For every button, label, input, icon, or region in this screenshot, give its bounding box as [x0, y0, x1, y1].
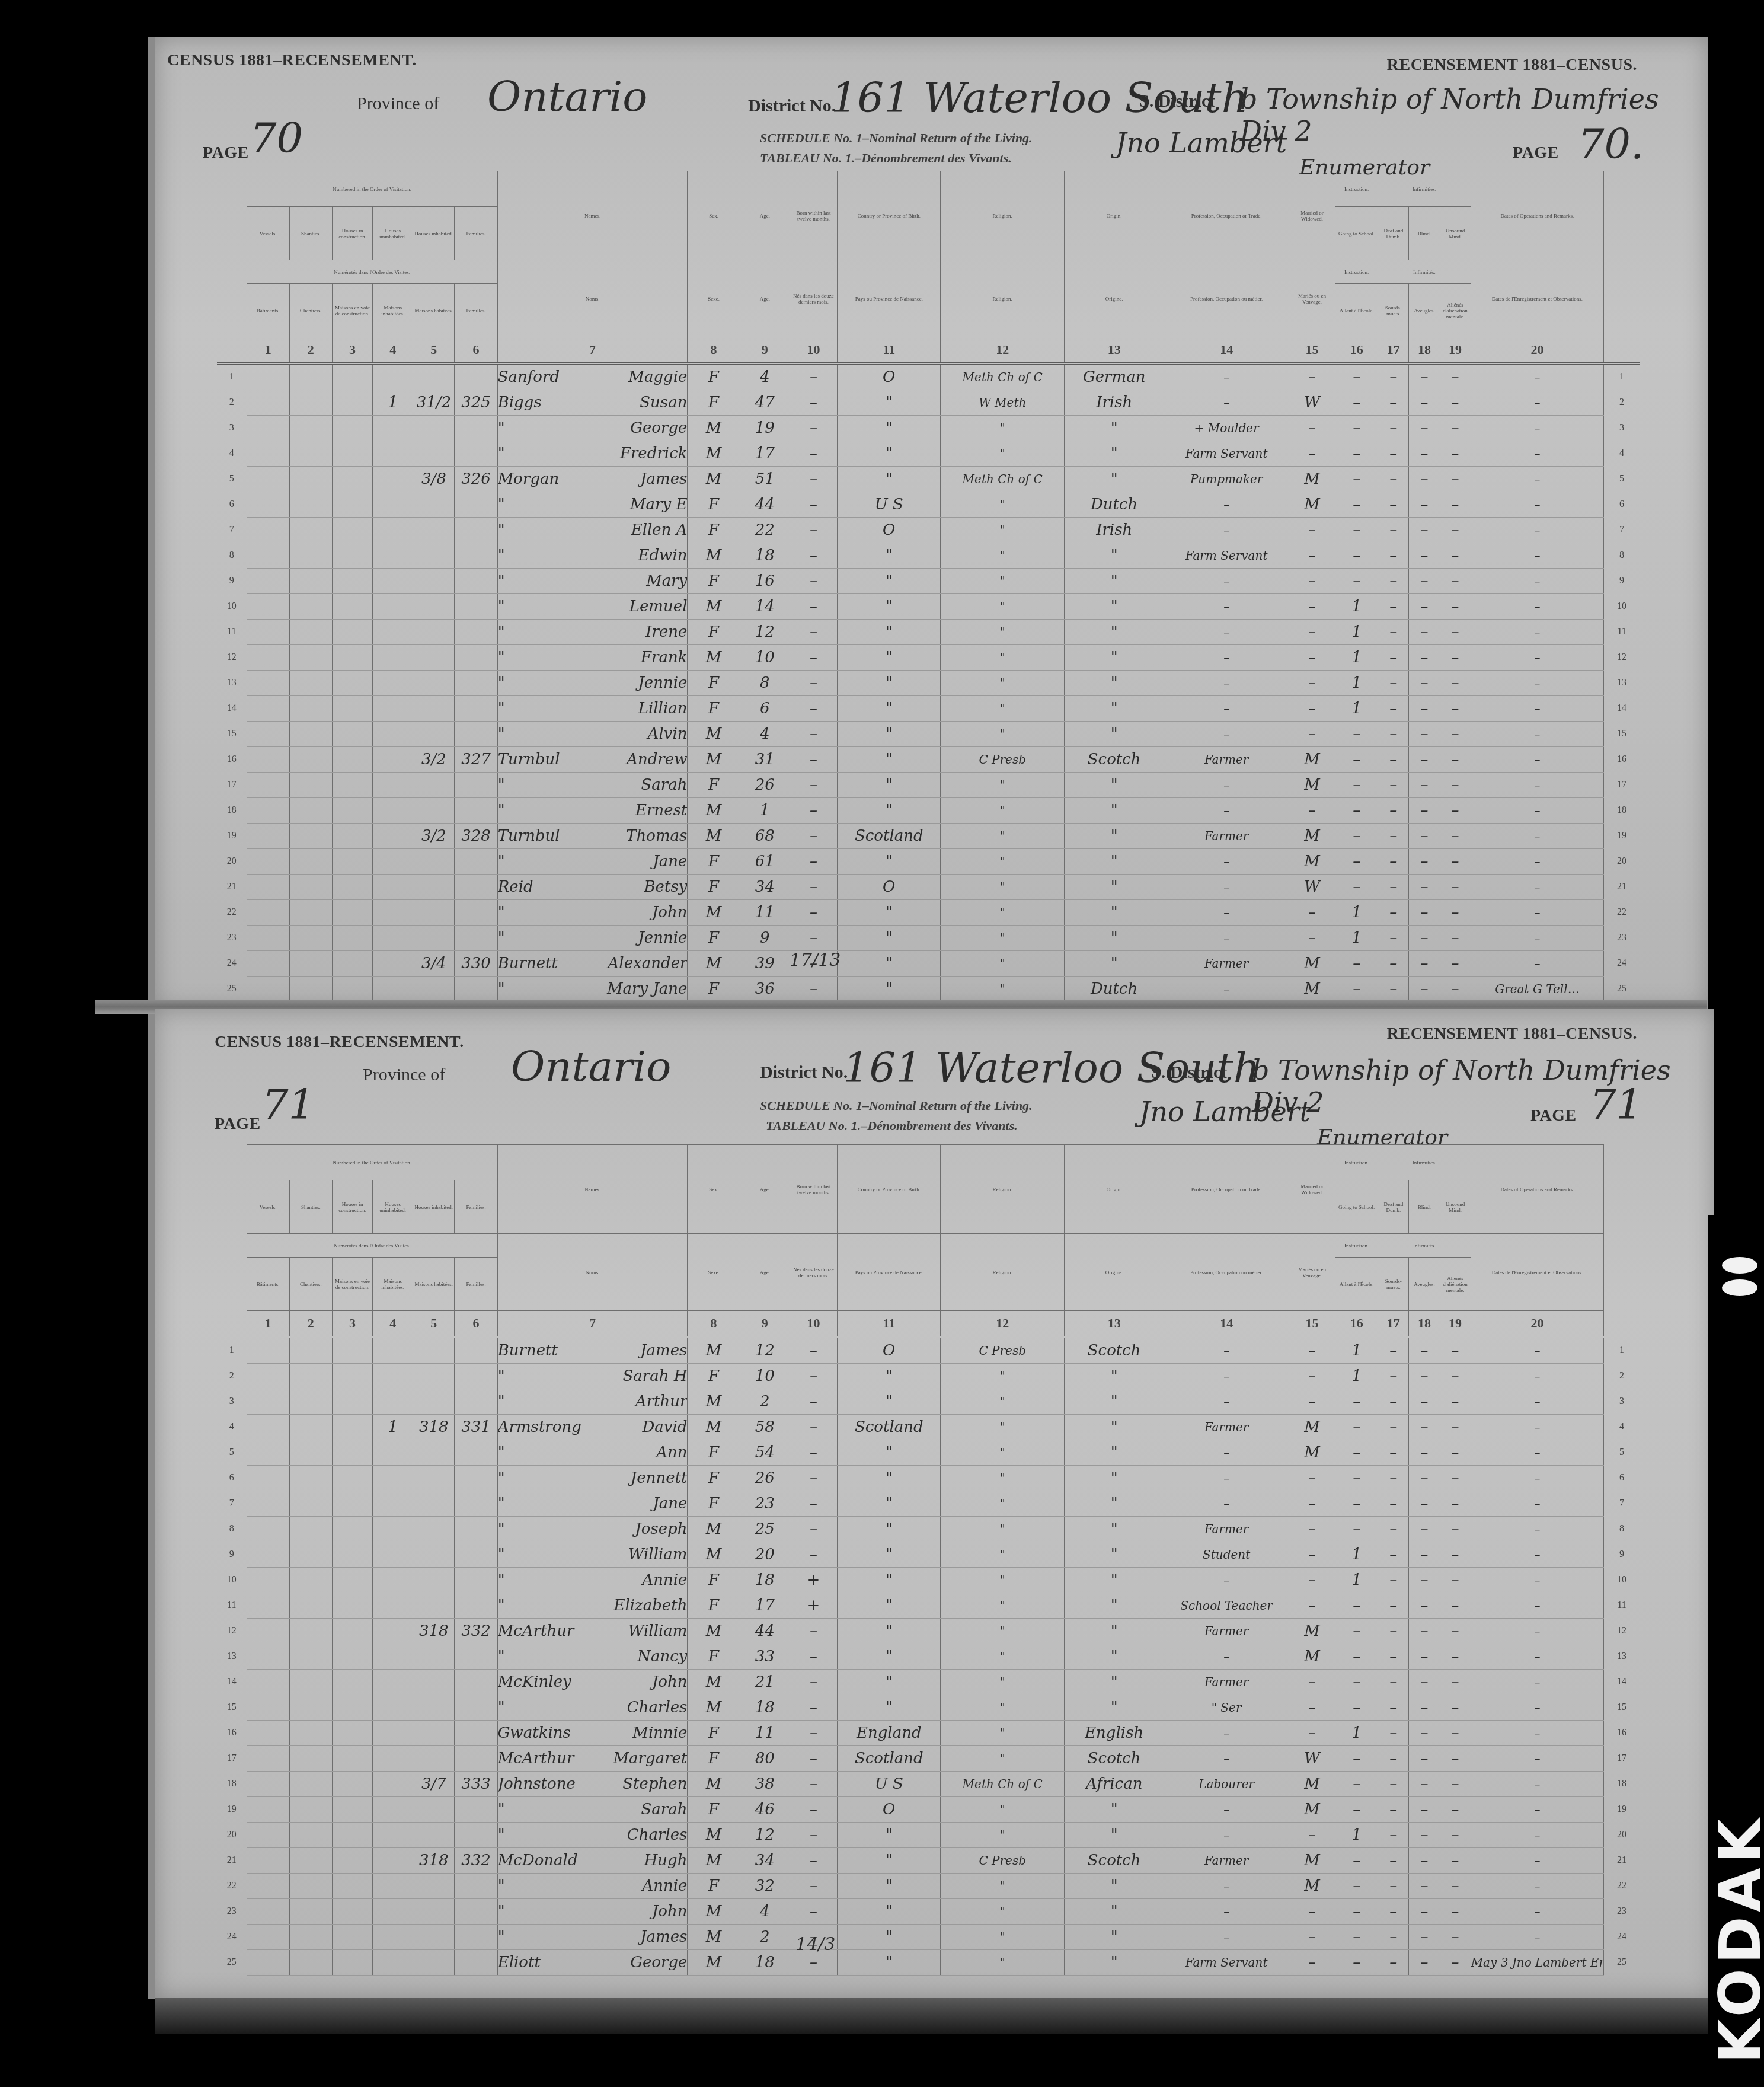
- row-number: 6: [217, 1466, 247, 1491]
- cell-sex: F: [688, 1491, 740, 1517]
- cell-origin: Irish: [1064, 518, 1164, 543]
- table-row: 22"JohnM11–"""––1––––22: [217, 900, 1640, 926]
- cell-married: –: [1289, 569, 1335, 594]
- cell-blind: –: [1409, 518, 1440, 543]
- cell-c2: [289, 773, 332, 798]
- cell-married: –: [1289, 594, 1335, 620]
- cell-occupation: –: [1164, 773, 1289, 798]
- cell-c2: [289, 1415, 332, 1440]
- cell-c4: [373, 1337, 413, 1364]
- table-row: 13"JennieF8–"""––1––––13: [217, 671, 1640, 696]
- cell-occupation: –: [1164, 1491, 1289, 1517]
- surname: ": [498, 419, 589, 437]
- cell-c1: [247, 773, 289, 798]
- cell-c5: [413, 1670, 455, 1695]
- cell-c2: [289, 1950, 332, 1976]
- table-row: 20"JaneF61–"""–M–––––20: [217, 849, 1640, 875]
- cell-c4: [373, 1440, 413, 1466]
- cell-school: –: [1335, 543, 1378, 569]
- cell-sex: M: [688, 1389, 740, 1415]
- cell-c2: [289, 1746, 332, 1772]
- cell-c5: [413, 1695, 455, 1721]
- cell-name: TurnbulThomas: [497, 824, 688, 849]
- cell-occupation: –: [1164, 518, 1289, 543]
- cell-origin: Dutch: [1064, 977, 1164, 1002]
- cell-born: –: [790, 773, 837, 798]
- cell-c3: [332, 722, 372, 747]
- cell-school: –: [1335, 1746, 1378, 1772]
- cell-sex: M: [688, 1925, 740, 1950]
- cell-c6: [455, 1593, 497, 1619]
- cell-c6: [455, 1695, 497, 1721]
- cell-c2: [289, 594, 332, 620]
- row-number-right: 25: [1604, 1950, 1640, 1976]
- row-number-right: 17: [1604, 773, 1640, 798]
- cell-deaf: –: [1378, 492, 1409, 518]
- cell-blind: –: [1409, 926, 1440, 951]
- cell-remarks: –: [1471, 1721, 1604, 1746]
- census-title-right: RECENSEMENT 1881–CENSUS.: [1387, 56, 1637, 75]
- cell-age: 10: [740, 645, 790, 671]
- cell-birth: ": [838, 747, 941, 773]
- cell-blind: –: [1409, 671, 1440, 696]
- footer-mark: 17/13: [790, 950, 841, 971]
- cell-birth: ": [838, 1466, 941, 1491]
- cell-blind: –: [1409, 1542, 1440, 1568]
- cell-school: –: [1335, 518, 1378, 543]
- cell-religion: ": [941, 1899, 1065, 1925]
- cell-age: 14: [740, 594, 790, 620]
- cell-c4: [373, 441, 413, 467]
- cell-age: 47: [740, 390, 790, 416]
- cell-religion: ": [941, 1721, 1065, 1746]
- cell-religion: ": [941, 900, 1065, 926]
- subdistrict-value: b Township of North Dumfries Div 2: [1252, 1054, 1714, 1118]
- cell-origin: Scotch: [1064, 747, 1164, 773]
- cell-c4: [373, 1670, 413, 1695]
- cell-birth: ": [838, 1440, 941, 1466]
- cell-c3: [332, 875, 372, 900]
- cell-school: –: [1335, 390, 1378, 416]
- cell-c3: [332, 977, 372, 1002]
- surname: Burnett: [498, 1342, 589, 1360]
- cell-sex: F: [688, 1644, 740, 1670]
- cell-c5: [413, 594, 455, 620]
- cell-occupation: Labourer: [1164, 1772, 1289, 1797]
- cell-born: –: [790, 1695, 837, 1721]
- cell-c6: [455, 977, 497, 1002]
- surname: ": [498, 853, 589, 870]
- cell-c3: [332, 543, 372, 569]
- cell-c4: [373, 543, 413, 569]
- cell-married: –: [1289, 1491, 1335, 1517]
- page-label: PAGE: [203, 143, 249, 162]
- surname: McArthur: [498, 1750, 589, 1767]
- cell-age: 26: [740, 773, 790, 798]
- cell-c4: [373, 645, 413, 671]
- film-bottom-shadow: [155, 1998, 1714, 2034]
- given-name: Stephen: [589, 1775, 687, 1793]
- cell-c1: [247, 977, 289, 1002]
- table-row: 8"JosephM25–"""Farmer––––––8: [217, 1517, 1640, 1542]
- cell-deaf: –: [1378, 1874, 1409, 1899]
- cell-name: "George: [497, 416, 688, 441]
- surname: Eliott: [498, 1954, 589, 1971]
- cell-born: +: [790, 1568, 837, 1593]
- given-name: Andrew: [589, 751, 687, 768]
- cell-origin: Scotch: [1064, 1848, 1164, 1874]
- cell-name: JohnstoneStephen: [497, 1772, 688, 1797]
- tableau-title: TABLEAU No. 1.–Dénombrement des Vivants.: [760, 151, 1012, 166]
- cell-birth: ": [838, 1644, 941, 1670]
- cell-unsound: –: [1440, 1389, 1471, 1415]
- cell-religion: ": [941, 492, 1065, 518]
- row-number: 18: [217, 1772, 247, 1797]
- cell-sex: F: [688, 671, 740, 696]
- cell-c4: [373, 1517, 413, 1542]
- cell-unsound: –: [1440, 620, 1471, 645]
- table-row: 11"ElizabethF17+"""School Teacher––––––1…: [217, 1593, 1640, 1619]
- cell-c5: [413, 1593, 455, 1619]
- table-row: 7"Ellen AF22–O"Irish–––––––7: [217, 518, 1640, 543]
- cell-unsound: –: [1440, 1644, 1471, 1670]
- cell-religion: ": [941, 645, 1065, 671]
- cell-occupation: –: [1164, 1823, 1289, 1848]
- cell-remarks: Great G Tell…: [1471, 977, 1604, 1002]
- cell-remarks: –: [1471, 722, 1604, 747]
- cell-c4: [373, 977, 413, 1002]
- cell-school: –: [1335, 849, 1378, 875]
- cell-married: –: [1289, 1337, 1335, 1364]
- cell-c5: [413, 1899, 455, 1925]
- cell-birth: ": [838, 1364, 941, 1389]
- cell-deaf: –: [1378, 645, 1409, 671]
- cell-c6: [455, 1491, 497, 1517]
- cell-religion: ": [941, 696, 1065, 722]
- cell-married: –: [1289, 696, 1335, 722]
- cell-name: "Mary: [497, 569, 688, 594]
- cell-birth: ": [838, 773, 941, 798]
- cell-birth: ": [838, 722, 941, 747]
- cell-origin: ": [1064, 849, 1164, 875]
- cell-origin: Scotch: [1064, 1746, 1164, 1772]
- row-number-right: 16: [1604, 1721, 1640, 1746]
- cell-unsound: –: [1440, 645, 1471, 671]
- cell-c3: [332, 363, 372, 390]
- cell-sex: M: [688, 1950, 740, 1976]
- cell-c1: [247, 1466, 289, 1491]
- row-number: 9: [217, 569, 247, 594]
- surname: ": [498, 904, 589, 921]
- cell-birth: ": [838, 1542, 941, 1568]
- cell-age: 18: [740, 1950, 790, 1976]
- cell-occupation: Student: [1164, 1542, 1289, 1568]
- cell-age: 4: [740, 1899, 790, 1925]
- cell-remarks: –: [1471, 518, 1604, 543]
- cell-c1: [247, 1415, 289, 1440]
- cell-c6: [455, 926, 497, 951]
- cell-occupation: Farmer: [1164, 1415, 1289, 1440]
- cell-unsound: –: [1440, 1874, 1471, 1899]
- cell-origin: ": [1064, 467, 1164, 492]
- cell-remarks: –: [1471, 645, 1604, 671]
- row-number: 12: [217, 645, 247, 671]
- row-number-right: 17: [1604, 1746, 1640, 1772]
- cell-sex: F: [688, 926, 740, 951]
- cell-c6: [455, 722, 497, 747]
- given-name: Annie: [589, 1571, 687, 1589]
- surname: Reid: [498, 878, 589, 896]
- surname: Turnbul: [498, 827, 589, 845]
- cell-c1: [247, 1721, 289, 1746]
- cell-born: –: [790, 722, 837, 747]
- cell-c6: [455, 1644, 497, 1670]
- cell-deaf: –: [1378, 441, 1409, 467]
- given-name: Jane: [589, 853, 687, 870]
- row-number: 23: [217, 1899, 247, 1925]
- cell-school: –: [1335, 1925, 1378, 1950]
- page-number-right: 70.: [1578, 120, 1644, 168]
- cell-age: 17: [740, 441, 790, 467]
- cell-origin: ": [1064, 1644, 1164, 1670]
- cell-c2: [289, 1389, 332, 1415]
- cell-c1: [247, 518, 289, 543]
- given-name: Sarah: [589, 1801, 687, 1818]
- cell-c4: [373, 569, 413, 594]
- cell-c3: [332, 1925, 372, 1950]
- row-number: 24: [217, 951, 247, 977]
- row-number-right: 6: [1604, 1466, 1640, 1491]
- cell-occupation: –: [1164, 620, 1289, 645]
- cell-name: "Jennie: [497, 671, 688, 696]
- cell-deaf: –: [1378, 594, 1409, 620]
- cell-remarks: –: [1471, 951, 1604, 977]
- cell-c4: [373, 1619, 413, 1644]
- cell-c3: [332, 1593, 372, 1619]
- page-number: 71: [262, 1080, 315, 1129]
- row-number: 8: [217, 543, 247, 569]
- cell-c1: [247, 441, 289, 467]
- table-row: 23"JennieF9–"""––1––––23: [217, 926, 1640, 951]
- cell-age: 20: [740, 1542, 790, 1568]
- cell-age: 58: [740, 1415, 790, 1440]
- cell-name: McDonaldHugh: [497, 1848, 688, 1874]
- cell-remarks: –: [1471, 467, 1604, 492]
- surname: ": [498, 1546, 589, 1563]
- cell-occupation: –: [1164, 1746, 1289, 1772]
- row-number: 15: [217, 1695, 247, 1721]
- province-value: Ontario: [511, 1042, 671, 1091]
- cell-occupation: –: [1164, 363, 1289, 390]
- cell-name: "William: [497, 1542, 688, 1568]
- given-name: Sarah: [589, 776, 687, 794]
- cell-born: –: [790, 1644, 837, 1670]
- cell-age: 8: [740, 671, 790, 696]
- cell-age: 31: [740, 747, 790, 773]
- row-number-right: 21: [1604, 1848, 1640, 1874]
- cell-school: 1: [1335, 594, 1378, 620]
- cell-blind: –: [1409, 1415, 1440, 1440]
- cell-c2: [289, 1364, 332, 1389]
- cell-c1: [247, 951, 289, 977]
- cell-sex: M: [688, 1772, 740, 1797]
- cell-remarks: –: [1471, 849, 1604, 875]
- cell-c2: [289, 1721, 332, 1746]
- enumerator-name: Jno Lambert: [1139, 1096, 1311, 1128]
- cell-remarks: –: [1471, 1491, 1604, 1517]
- cell-born: –: [790, 1542, 837, 1568]
- cell-c4: [373, 798, 413, 824]
- cell-c2: [289, 1823, 332, 1848]
- cell-remarks: –: [1471, 1695, 1604, 1721]
- cell-c2: [289, 363, 332, 390]
- cell-occupation: –: [1164, 1364, 1289, 1389]
- cell-unsound: –: [1440, 951, 1471, 977]
- cell-c2: [289, 1619, 332, 1644]
- cell-c1: [247, 492, 289, 518]
- table-row: 6"JennettF26–"""–––––––6: [217, 1466, 1640, 1491]
- table-row: 14"LillianF6–"""––1––––14: [217, 696, 1640, 722]
- cell-married: M: [1289, 1772, 1335, 1797]
- cell-religion: ": [941, 1517, 1065, 1542]
- cell-c4: [373, 518, 413, 543]
- cell-married: –: [1289, 363, 1335, 390]
- cell-origin: ": [1064, 416, 1164, 441]
- cell-sex: M: [688, 1415, 740, 1440]
- row-number-right: 7: [1604, 1491, 1640, 1517]
- cell-c5: [413, 1746, 455, 1772]
- cell-c3: [332, 492, 372, 518]
- cell-deaf: –: [1378, 1337, 1409, 1364]
- given-name: Betsy: [589, 878, 687, 896]
- cell-origin: ": [1064, 1925, 1164, 1950]
- cell-school: 1: [1335, 1337, 1378, 1364]
- surname: ": [498, 1801, 589, 1818]
- cell-c6: [455, 645, 497, 671]
- cell-c6: [455, 1823, 497, 1848]
- cell-birth: ": [838, 416, 941, 441]
- given-name: John: [589, 1903, 687, 1920]
- cell-c6: [455, 1797, 497, 1823]
- cell-school: –: [1335, 951, 1378, 977]
- given-name: Hugh: [589, 1852, 687, 1869]
- row-number-right: 4: [1604, 1415, 1640, 1440]
- cell-c1: [247, 467, 289, 492]
- cell-blind: –: [1409, 875, 1440, 900]
- cell-origin: ": [1064, 441, 1164, 467]
- cell-c1: [247, 747, 289, 773]
- given-name: Nancy: [589, 1648, 687, 1665]
- given-name: Jennie: [589, 674, 687, 692]
- cell-c5: [413, 1542, 455, 1568]
- cell-unsound: –: [1440, 1568, 1471, 1593]
- cell-remarks: –: [1471, 569, 1604, 594]
- given-name: James: [589, 1342, 687, 1360]
- cell-blind: –: [1409, 390, 1440, 416]
- cell-born: –: [790, 1415, 837, 1440]
- cell-c1: [247, 543, 289, 569]
- cell-c4: [373, 467, 413, 492]
- cell-occupation: –: [1164, 492, 1289, 518]
- census-table-page-71: Numbered in the Order of Visitation. Nam…: [217, 1144, 1640, 1976]
- cell-school: 1: [1335, 1823, 1378, 1848]
- cell-name: "Joseph: [497, 1517, 688, 1542]
- cell-c5: 3/2: [413, 824, 455, 849]
- cell-c4: [373, 1364, 413, 1389]
- cell-school: –: [1335, 492, 1378, 518]
- cell-deaf: –: [1378, 363, 1409, 390]
- cell-school: –: [1335, 773, 1378, 798]
- cell-name: "Irene: [497, 620, 688, 645]
- table-row: 2131/2325BiggsSusanF47–"W MethIrish–W–––…: [217, 390, 1640, 416]
- row-number-right: 2: [1604, 390, 1640, 416]
- cell-school: –: [1335, 1466, 1378, 1491]
- cell-remarks: –: [1471, 1644, 1604, 1670]
- cell-origin: German: [1064, 363, 1164, 390]
- cell-c3: [332, 594, 372, 620]
- cell-c6: [455, 1925, 497, 1950]
- cell-remarks: –: [1471, 1772, 1604, 1797]
- cell-school: 1: [1335, 926, 1378, 951]
- row-number: 7: [217, 518, 247, 543]
- cell-c2: [289, 1797, 332, 1823]
- cell-birth: ": [838, 390, 941, 416]
- cell-c1: [247, 1337, 289, 1364]
- enumerator-name: Jno Lambert: [1116, 127, 1287, 159]
- cell-born: –: [790, 1440, 837, 1466]
- cell-religion: ": [941, 773, 1065, 798]
- cell-age: 11: [740, 1721, 790, 1746]
- cell-occupation: –: [1164, 1644, 1289, 1670]
- cell-birth: ": [838, 798, 941, 824]
- cell-birth: ": [838, 1848, 941, 1874]
- cell-school: –: [1335, 798, 1378, 824]
- cell-unsound: –: [1440, 1899, 1471, 1925]
- cell-c1: [247, 900, 289, 926]
- cell-blind: –: [1409, 1517, 1440, 1542]
- surname: ": [498, 1826, 589, 1844]
- cell-unsound: –: [1440, 1797, 1471, 1823]
- cell-remarks: –: [1471, 1517, 1604, 1542]
- cell-school: –: [1335, 824, 1378, 849]
- cell-school: 1: [1335, 671, 1378, 696]
- cell-c6: 332: [455, 1619, 497, 1644]
- cell-blind: –: [1409, 467, 1440, 492]
- cell-name: McKinleyJohn: [497, 1670, 688, 1695]
- cell-birth: O: [838, 518, 941, 543]
- row-number-right: 8: [1604, 1517, 1640, 1542]
- cell-deaf: –: [1378, 416, 1409, 441]
- cell-born: –: [790, 1389, 837, 1415]
- row-number-right: 15: [1604, 722, 1640, 747]
- cell-deaf: –: [1378, 1644, 1409, 1670]
- cell-birth: ": [838, 849, 941, 875]
- cell-c2: [289, 1593, 332, 1619]
- cell-c6: [455, 1466, 497, 1491]
- cell-c6: [455, 773, 497, 798]
- cell-remarks: –: [1471, 747, 1604, 773]
- cell-remarks: –: [1471, 1797, 1604, 1823]
- row-number: 23: [217, 926, 247, 951]
- table-row: 41318331ArmstrongDavidM58–Scotland""Farm…: [217, 1415, 1640, 1440]
- cell-c4: [373, 1950, 413, 1976]
- cell-c2: [289, 1772, 332, 1797]
- cell-name: "Ellen A: [497, 518, 688, 543]
- cell-c6: [455, 1337, 497, 1364]
- cell-c5: [413, 543, 455, 569]
- given-name: Charles: [589, 1826, 687, 1844]
- cell-age: 51: [740, 467, 790, 492]
